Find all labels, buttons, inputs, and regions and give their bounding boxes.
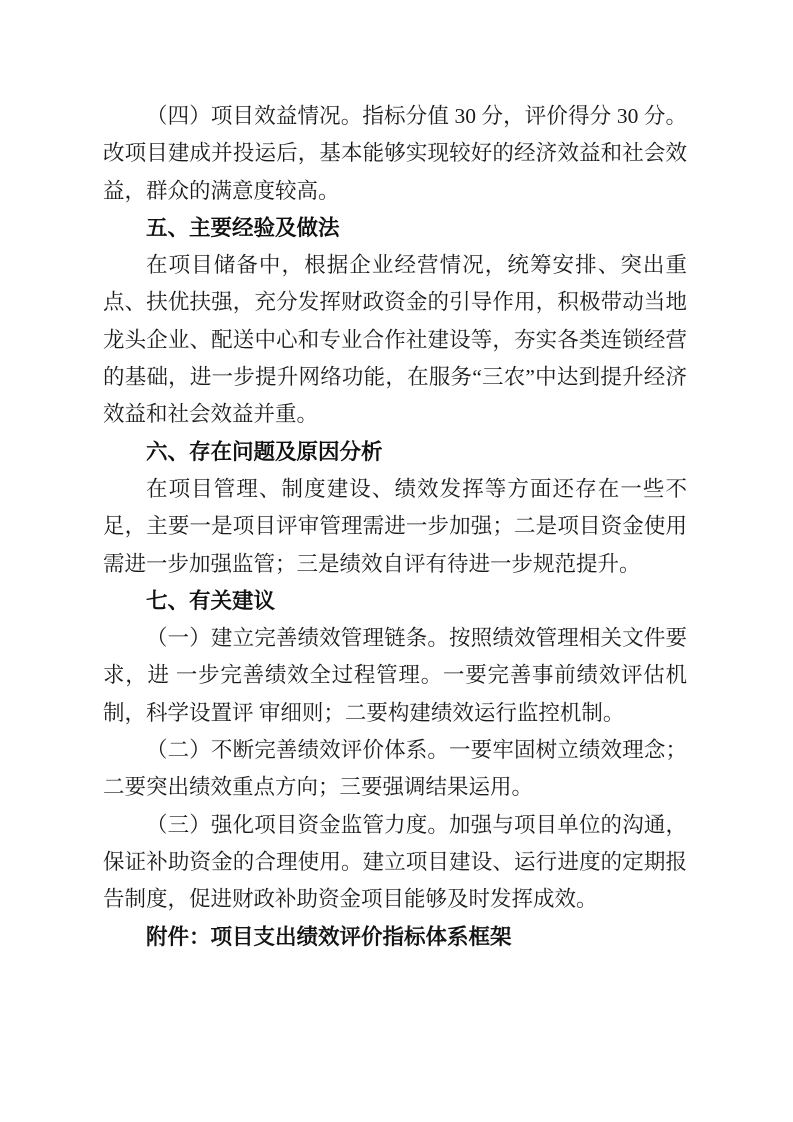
attachment-note: 附件：项目支出绩效评价指标体系框架	[103, 919, 687, 956]
document-page: （四）项目效益情况。指标分值 30 分，评价得分 30 分。改项目建成并投运后，…	[0, 0, 793, 1122]
body-paragraph: （三）强化项目资金监管力度。加强与项目单位的沟通，保证补助资金的合理使用。建立项…	[103, 807, 687, 919]
body-paragraph: （一）建立完善绩效管理链条。按照绩效管理相关文件要求，进 一步完善绩效全过程管理…	[103, 620, 687, 732]
document-content: （四）项目效益情况。指标分值 30 分，评价得分 30 分。改项目建成并投运后，…	[103, 98, 687, 956]
section-heading: 六、存在问题及原因分析	[103, 434, 687, 471]
body-paragraph: 在项目管理、制度建设、绩效发挥等方面还存在一些不足，主要一是项目评审管理需进一步…	[103, 471, 687, 583]
body-paragraph: 在项目储备中，根据企业经营情况，统筹安排、突出重点、扶优扶强，充分发挥财政资金的…	[103, 247, 687, 433]
section-heading: 五、主要经验及做法	[103, 210, 687, 247]
body-paragraph: （二）不断完善绩效评价体系。一要牢固树立绩效理念；二要突出绩效重点方向；三要强调…	[103, 732, 687, 807]
section-heading: 七、有关建议	[103, 583, 687, 620]
body-paragraph: （四）项目效益情况。指标分值 30 分，评价得分 30 分。改项目建成并投运后，…	[103, 98, 687, 210]
